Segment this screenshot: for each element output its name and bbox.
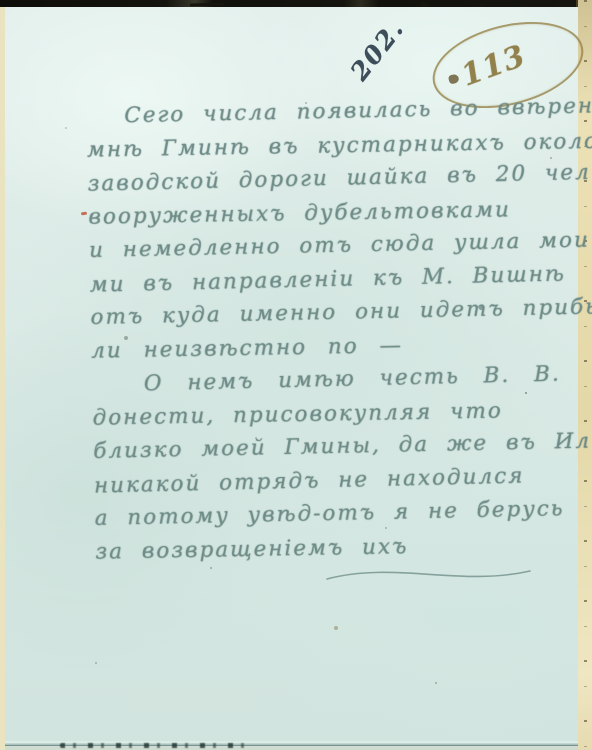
pen-flourish	[325, 559, 535, 587]
scanned-page: { "page": { "folio_number": "202.", "ova…	[0, 0, 592, 750]
red-ink-fleck	[81, 212, 87, 216]
page-above-edge	[0, 0, 592, 7]
page-below-edge	[5, 741, 578, 750]
stamp-number: 113	[457, 38, 531, 93]
folio-number: 202.	[345, 13, 435, 105]
cutoff-writing-fragment	[60, 743, 245, 748]
paper-sheet: 202. 113 Сего числа появилась во ввѣренн…	[5, 7, 578, 741]
cutoff-writing-fragment	[190, 2, 224, 6]
paper-specks	[5, 7, 7, 9]
manuscript-text: Сего числа появилась во ввѣренной мнѣ Гм…	[86, 94, 586, 573]
ink-blot	[448, 73, 460, 84]
